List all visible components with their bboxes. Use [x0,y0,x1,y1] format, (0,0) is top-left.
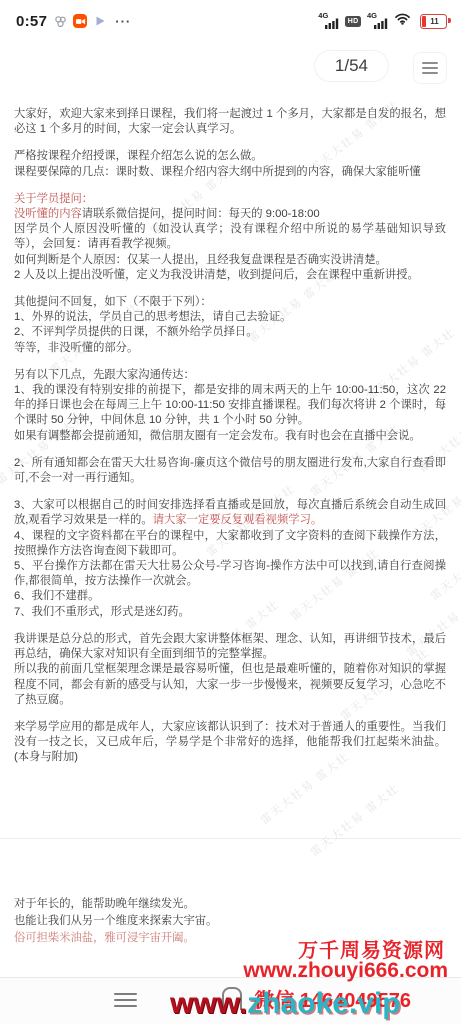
document-page: 大家好，欢迎大家来到择日课程，我们将一起渡过 1 个多月，大家都是自发的报名，想… [14,107,446,778]
paragraph-notes: 另有以下几点，先跟大家沟通传达： 1、我的课没有特别安排的前提下，都是安排的周末… [14,368,446,444]
signal-sim1-icon: 4G [320,14,339,29]
paragraph-notices: 3、大家可以根据自己的时间安排选择看直播或是回放，每次直播后系统会自动生成回放,… [14,498,446,620]
battery-icon: 11 [420,14,447,29]
paragraph-faq: 关于学员提问： 没听懂的内容请联系微信提问，提问时间：每天的 9:00-18:0… [14,192,446,283]
paragraph-intro: 大家好，欢迎大家来到择日课程，我们将一起渡过 1 个多月，大家都是自发的报名，想… [14,107,446,137]
menu-button[interactable] [413,52,447,84]
paragraph-teaching: 我讲课是总分总的形式，首先会跟大家讲整体框架、理念、认知，再讲细节技术，最后再总… [14,632,446,708]
promo-site-name: 万千周易资源网 [298,934,445,963]
page-indicator: 1/54 [314,50,389,82]
kuaishou-app-icon [73,14,87,28]
bookmark-icon[interactable] [222,987,242,1010]
list-icon[interactable] [114,993,137,1007]
play-notification-icon [93,14,107,28]
clock: 0:57 [16,13,47,30]
signal-sim2-icon: 4G [369,14,388,29]
faq-title: 关于学员提问： [14,192,446,207]
paragraph-elder: 对于年长的，能帮助晚年继续发光。 也能让我们从另一个维度来探索大宇宙。 俗可担柴… [14,896,217,947]
hd-volte-badge: HD [345,16,361,27]
paragraph-no-reply: 其他提问不回复，如下（不限于下列）： 1、外界的说法，学员自己的思考想法，请自己… [14,295,446,356]
page-divider [0,838,461,839]
diagonal-watermark: 雷天大壮易 雷大壮 [307,780,403,860]
paragraph-adult: 来学易学应用的都是成年人，大家应该都认识到了：技术对于普通人的重要性。当我们没有… [14,720,446,766]
status-bar: 0:57 ··· 4G HD 4G [0,0,461,36]
wifi-icon [394,12,411,30]
more-notifications-icon: ··· [115,14,131,29]
app-notification-icon [53,14,67,28]
paragraph-rules: 严格按课程介绍授课，课程介绍怎么说的怎么做。 课程要保障的几点：课时数、课程介绍… [14,149,446,179]
paragraph-notice2: 2、所有通知都会在雷天大壮易咨询-廉贞这个微信号的朋友圈进行发布,大家自行查看即… [14,456,446,486]
bottom-toolbar [0,977,461,1024]
